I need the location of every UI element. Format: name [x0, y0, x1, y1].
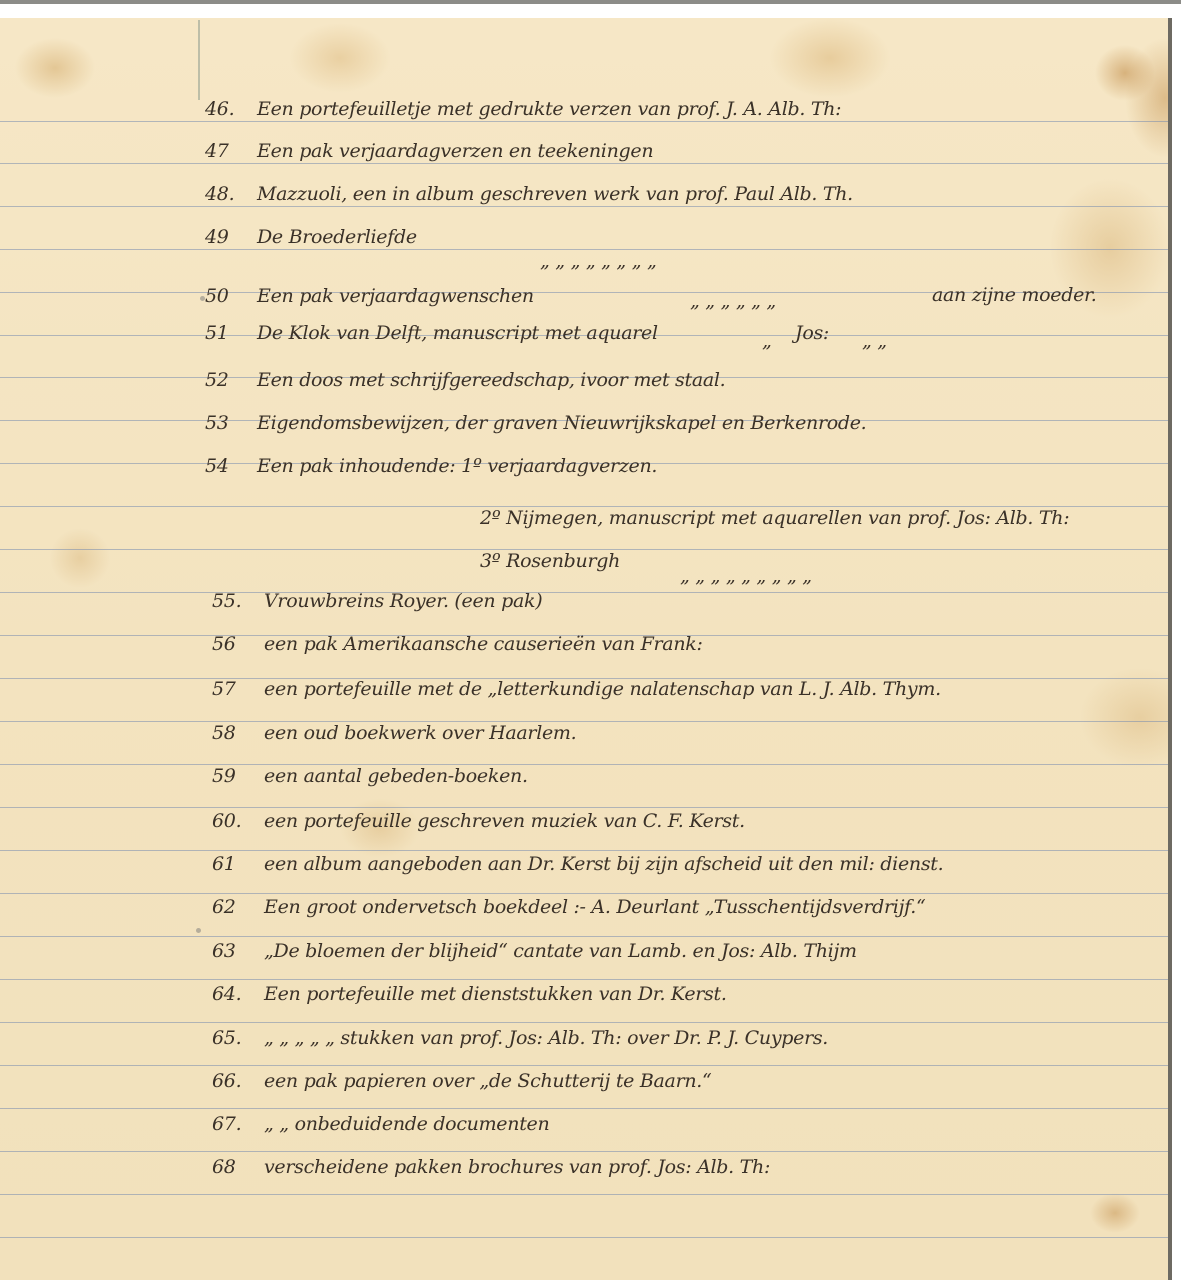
entry-54-item-2: 2º Nijmegen, manuscript met aquarellen v… — [480, 507, 1069, 529]
entry-68: 68verscheidene pakken brochures van prof… — [212, 1156, 770, 1178]
page-fold-mark — [198, 20, 200, 100]
ruled-line — [0, 121, 1168, 122]
entry-47: 47Een pak verjaardagverzen en teekeninge… — [205, 140, 653, 162]
ruled-line — [0, 1194, 1168, 1195]
entry-58: 58een oud boekwerk over Haarlem. — [212, 722, 576, 744]
ruled-line — [0, 1065, 1168, 1066]
entry-65: 65.„ „ „ „ „ stukken van prof. Jos: Alb.… — [212, 1027, 828, 1049]
entry-51-suffix: Jos: — [795, 322, 829, 344]
ruled-line — [0, 206, 1168, 207]
entry-49-ditto-marks: „ „ „ „ „ „ „ „ — [540, 250, 657, 272]
ruled-line — [0, 936, 1168, 937]
ruled-line — [0, 163, 1168, 164]
ruled-line — [0, 1237, 1168, 1238]
entry-50-suffix: aan zijne moeder. — [932, 284, 1096, 306]
entry-50-ditto-marks: „ „ „ „ „ „ — [690, 290, 776, 312]
ruled-line — [0, 807, 1168, 808]
entry-60: 60.een portefeuille geschreven muziek va… — [212, 810, 745, 832]
entry-54-item-3-ditto-marks: „ „ „ „ „ „ „ „ „ — [680, 565, 812, 587]
entry-52: 52Een doos met schrijfgereedschap, ivoor… — [205, 369, 725, 391]
entry-57: 57een portefeuille met de „letterkundige… — [212, 678, 941, 700]
ruled-line — [0, 1151, 1168, 1152]
ruled-line — [0, 850, 1168, 851]
ruled-line — [0, 979, 1168, 980]
entry-66: 66.een pak papieren over „de Schutterij … — [212, 1070, 711, 1092]
entry-59: 59een aantal gebeden-boeken. — [212, 765, 528, 787]
entry-51-ditto-mark: „ — [762, 330, 772, 352]
entry-63: 63„De bloemen der blijheid“ cantate van … — [212, 940, 857, 962]
ruled-line — [0, 893, 1168, 894]
entry-51: 51De Klok van Delft, manuscript met aqua… — [205, 322, 658, 344]
entry-54: 54Een pak inhoudende: 1º verjaardagverze… — [205, 455, 657, 477]
entry-49: 49De Broederliefde — [205, 226, 417, 248]
ruled-line — [0, 721, 1168, 722]
ruled-line — [0, 1022, 1168, 1023]
entry-64: 64.Een portefeuille met dienststukken va… — [212, 983, 727, 1005]
entry-55: 55.Vrouwbreins Royer. (een pak) — [212, 590, 542, 612]
entry-62: 62Een groot ondervetsch boekdeel :- A. D… — [212, 896, 925, 918]
entry-48: 48.Mazzuoli, een in album geschreven wer… — [205, 183, 853, 205]
ruled-line — [0, 1108, 1168, 1109]
entry-67: 67.„ „ onbeduidende documenten — [212, 1113, 549, 1135]
entry-61: 61een album aangeboden aan Dr. Kerst bij… — [212, 853, 943, 875]
entry-54-item-3: 3º Rosenburgh — [480, 550, 620, 572]
entry-53: 53Eigendomsbewijzen, der graven Nieuwrij… — [205, 412, 866, 434]
ruled-line — [0, 764, 1168, 765]
ruled-line — [0, 592, 1168, 593]
paper-speck — [196, 928, 201, 933]
entry-46: 46.Een portefeuilletje met gedrukte verz… — [205, 98, 841, 120]
entry-51-ditto-marks-2: „ „ — [862, 330, 887, 352]
entry-50: 50Een pak verjaardagwenschen — [205, 285, 534, 307]
scanner-edge — [0, 0, 1181, 4]
entry-56: 56een pak Amerikaansche causerieën van F… — [212, 633, 703, 655]
